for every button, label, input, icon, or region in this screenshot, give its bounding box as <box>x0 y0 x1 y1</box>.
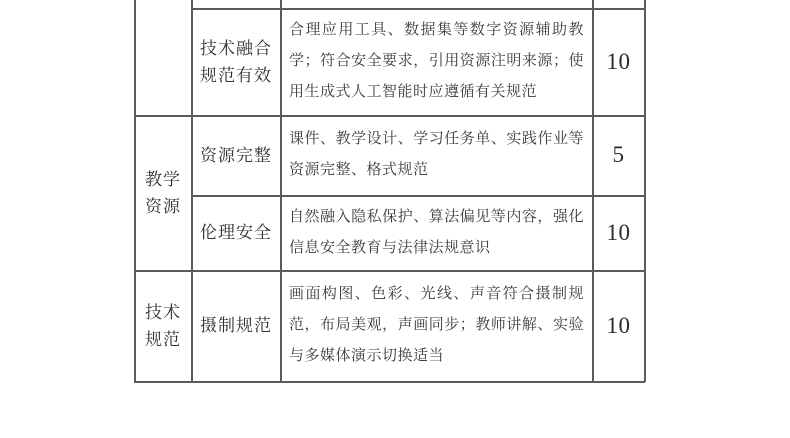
criterion-cell: 资源完整 <box>193 116 279 194</box>
criterion-cell: 摄制规范 <box>193 271 279 380</box>
description-cell: 画面构图、色彩、光线、声音符合摄制规范，布局美观，声画同步；教师讲解、实验与多媒… <box>282 271 591 380</box>
description-cell: 合理应用工具、数据集等数字资源辅助教学；符合安全要求，引用资源注明来源；使用生成… <box>282 9 591 114</box>
table-border-line <box>644 0 646 382</box>
category-cell: 教学 资源 <box>136 116 190 269</box>
score-cell: 10 <box>594 196 643 269</box>
category-cell <box>136 0 190 114</box>
category-cell: 技术 规范 <box>136 271 190 380</box>
description-cell: 自然融入隐私保护、算法偏见等内容，强化信息安全教育与法律法规意识 <box>282 196 591 269</box>
scanned-document-page: 技术融合 规范有效 合理应用工具、数据集等数字资源辅助教学；符合安全要求，引用资… <box>0 0 790 438</box>
description-text: 课件、教学设计、学习任务单、实践作业等资源完整、格式规范 <box>282 124 591 186</box>
description-text: 画面构图、色彩、光线、声音符合摄制规范，布局美观，声画同步；教师讲解、实验与多媒… <box>282 279 591 372</box>
score-cell: 10 <box>594 271 643 380</box>
table-border-line <box>134 381 645 383</box>
description-text: 自然融入隐私保护、算法偏见等内容，强化信息安全教育与法律法规意识 <box>282 202 591 264</box>
description-text: 合理应用工具、数据集等数字资源辅助教学；符合安全要求，引用资源注明来源；使用生成… <box>282 15 591 108</box>
criterion-cell: 伦理安全 <box>193 196 279 269</box>
score-cell: 5 <box>594 116 643 194</box>
score-cell: 10 <box>594 9 643 114</box>
description-cell: 课件、教学设计、学习任务单、实践作业等资源完整、格式规范 <box>282 116 591 194</box>
criterion-cell: 技术融合 规范有效 <box>193 9 279 114</box>
rubric-table: 技术融合 规范有效 合理应用工具、数据集等数字资源辅助教学；符合安全要求，引用资… <box>0 0 790 438</box>
